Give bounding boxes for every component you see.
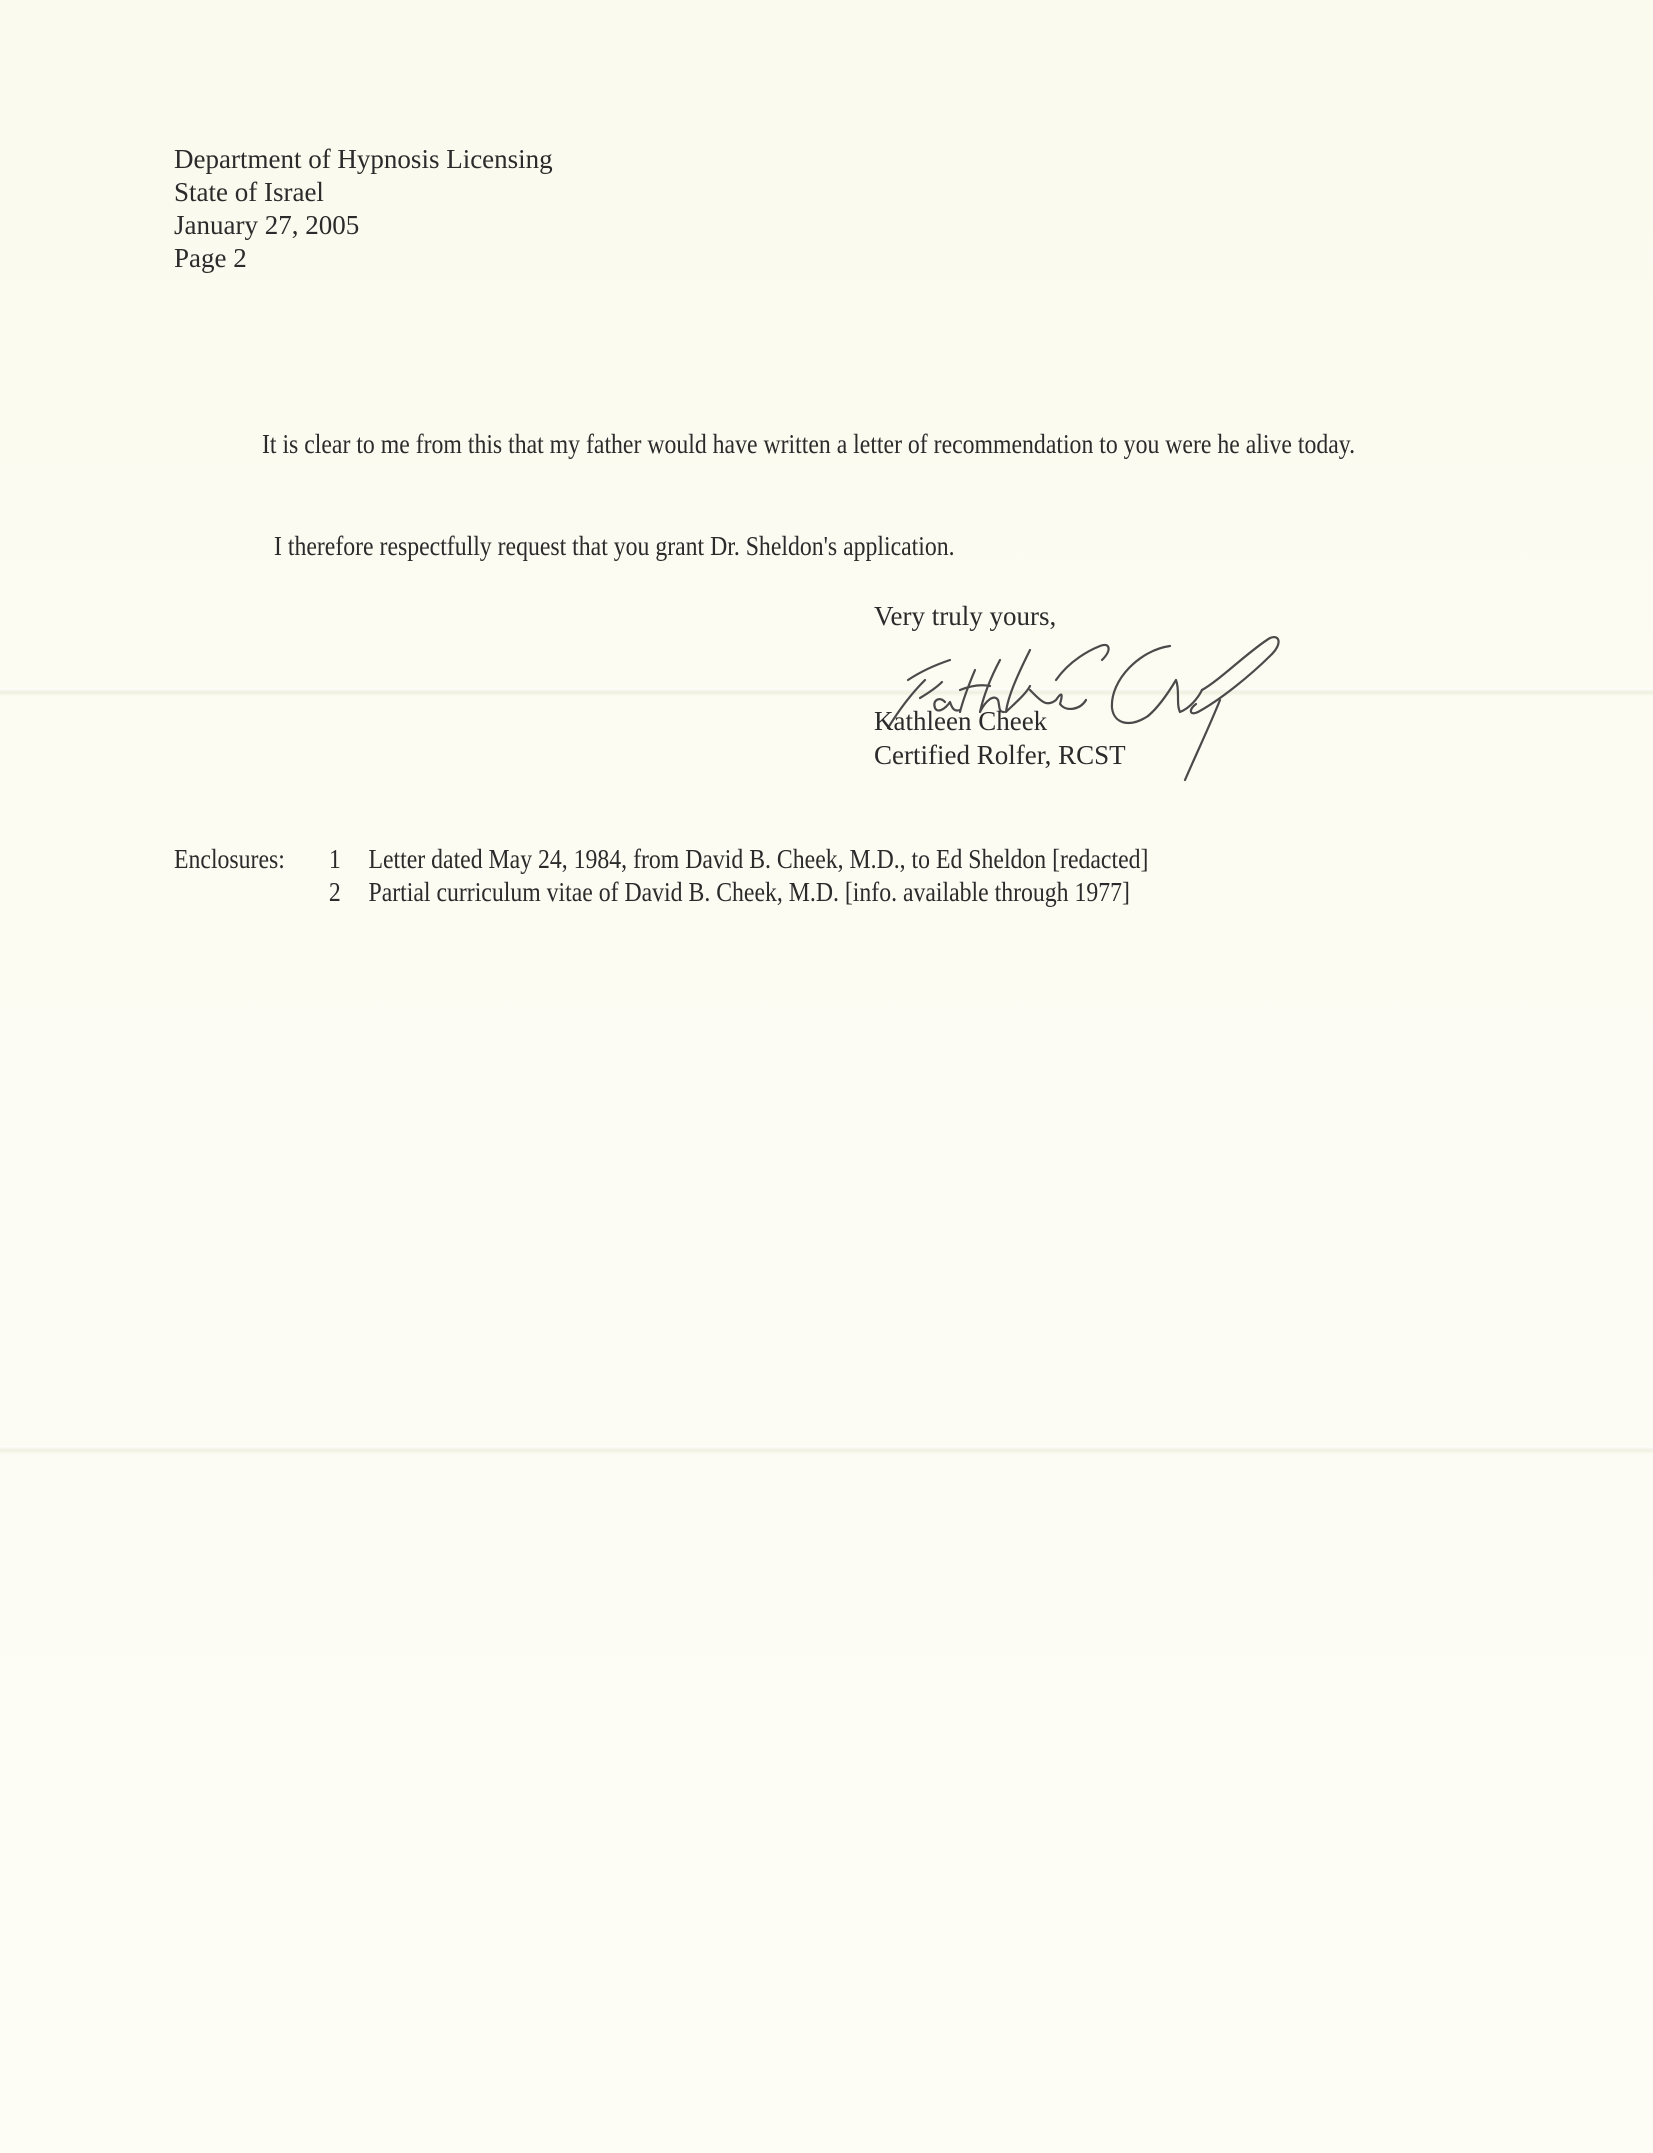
signer-name: Kathleen Cheek: [874, 705, 1047, 738]
recipient-location: State of Israel: [174, 176, 553, 209]
enclosures-label: Enclosures:: [174, 843, 329, 876]
letter-page: Department of Hypnosis Licensing State o…: [0, 0, 1653, 2153]
signer-title: Certified Rolfer, RCST: [874, 739, 1126, 772]
enclosures-label-spacer: [174, 876, 329, 909]
page-number: Page 2: [174, 242, 553, 275]
paper-fold-line: [0, 1446, 1653, 1454]
enclosure-item: Enclosures: 1 Letter dated May 24, 1984,…: [174, 843, 1148, 876]
enclosure-item: 2 Partial curriculum vitae of David B. C…: [174, 876, 1148, 909]
body-paragraph-2: I therefore respectfully request that yo…: [274, 530, 955, 563]
enclosure-number: 2: [329, 876, 369, 909]
body-paragraph-1: It is clear to me from this that my fath…: [174, 425, 1474, 463]
enclosures-list: Enclosures: 1 Letter dated May 24, 1984,…: [174, 843, 1148, 909]
enclosure-description: Letter dated May 24, 1984, from David B.…: [368, 843, 1148, 876]
paper-fold-line: [0, 688, 1653, 696]
enclosure-description: Partial curriculum vitae of David B. Che…: [368, 876, 1129, 909]
letter-header: Department of Hypnosis Licensing State o…: [174, 143, 553, 275]
recipient-name: Department of Hypnosis Licensing: [174, 143, 553, 176]
enclosure-number: 1: [329, 843, 369, 876]
letter-date: January 27, 2005: [174, 209, 553, 242]
